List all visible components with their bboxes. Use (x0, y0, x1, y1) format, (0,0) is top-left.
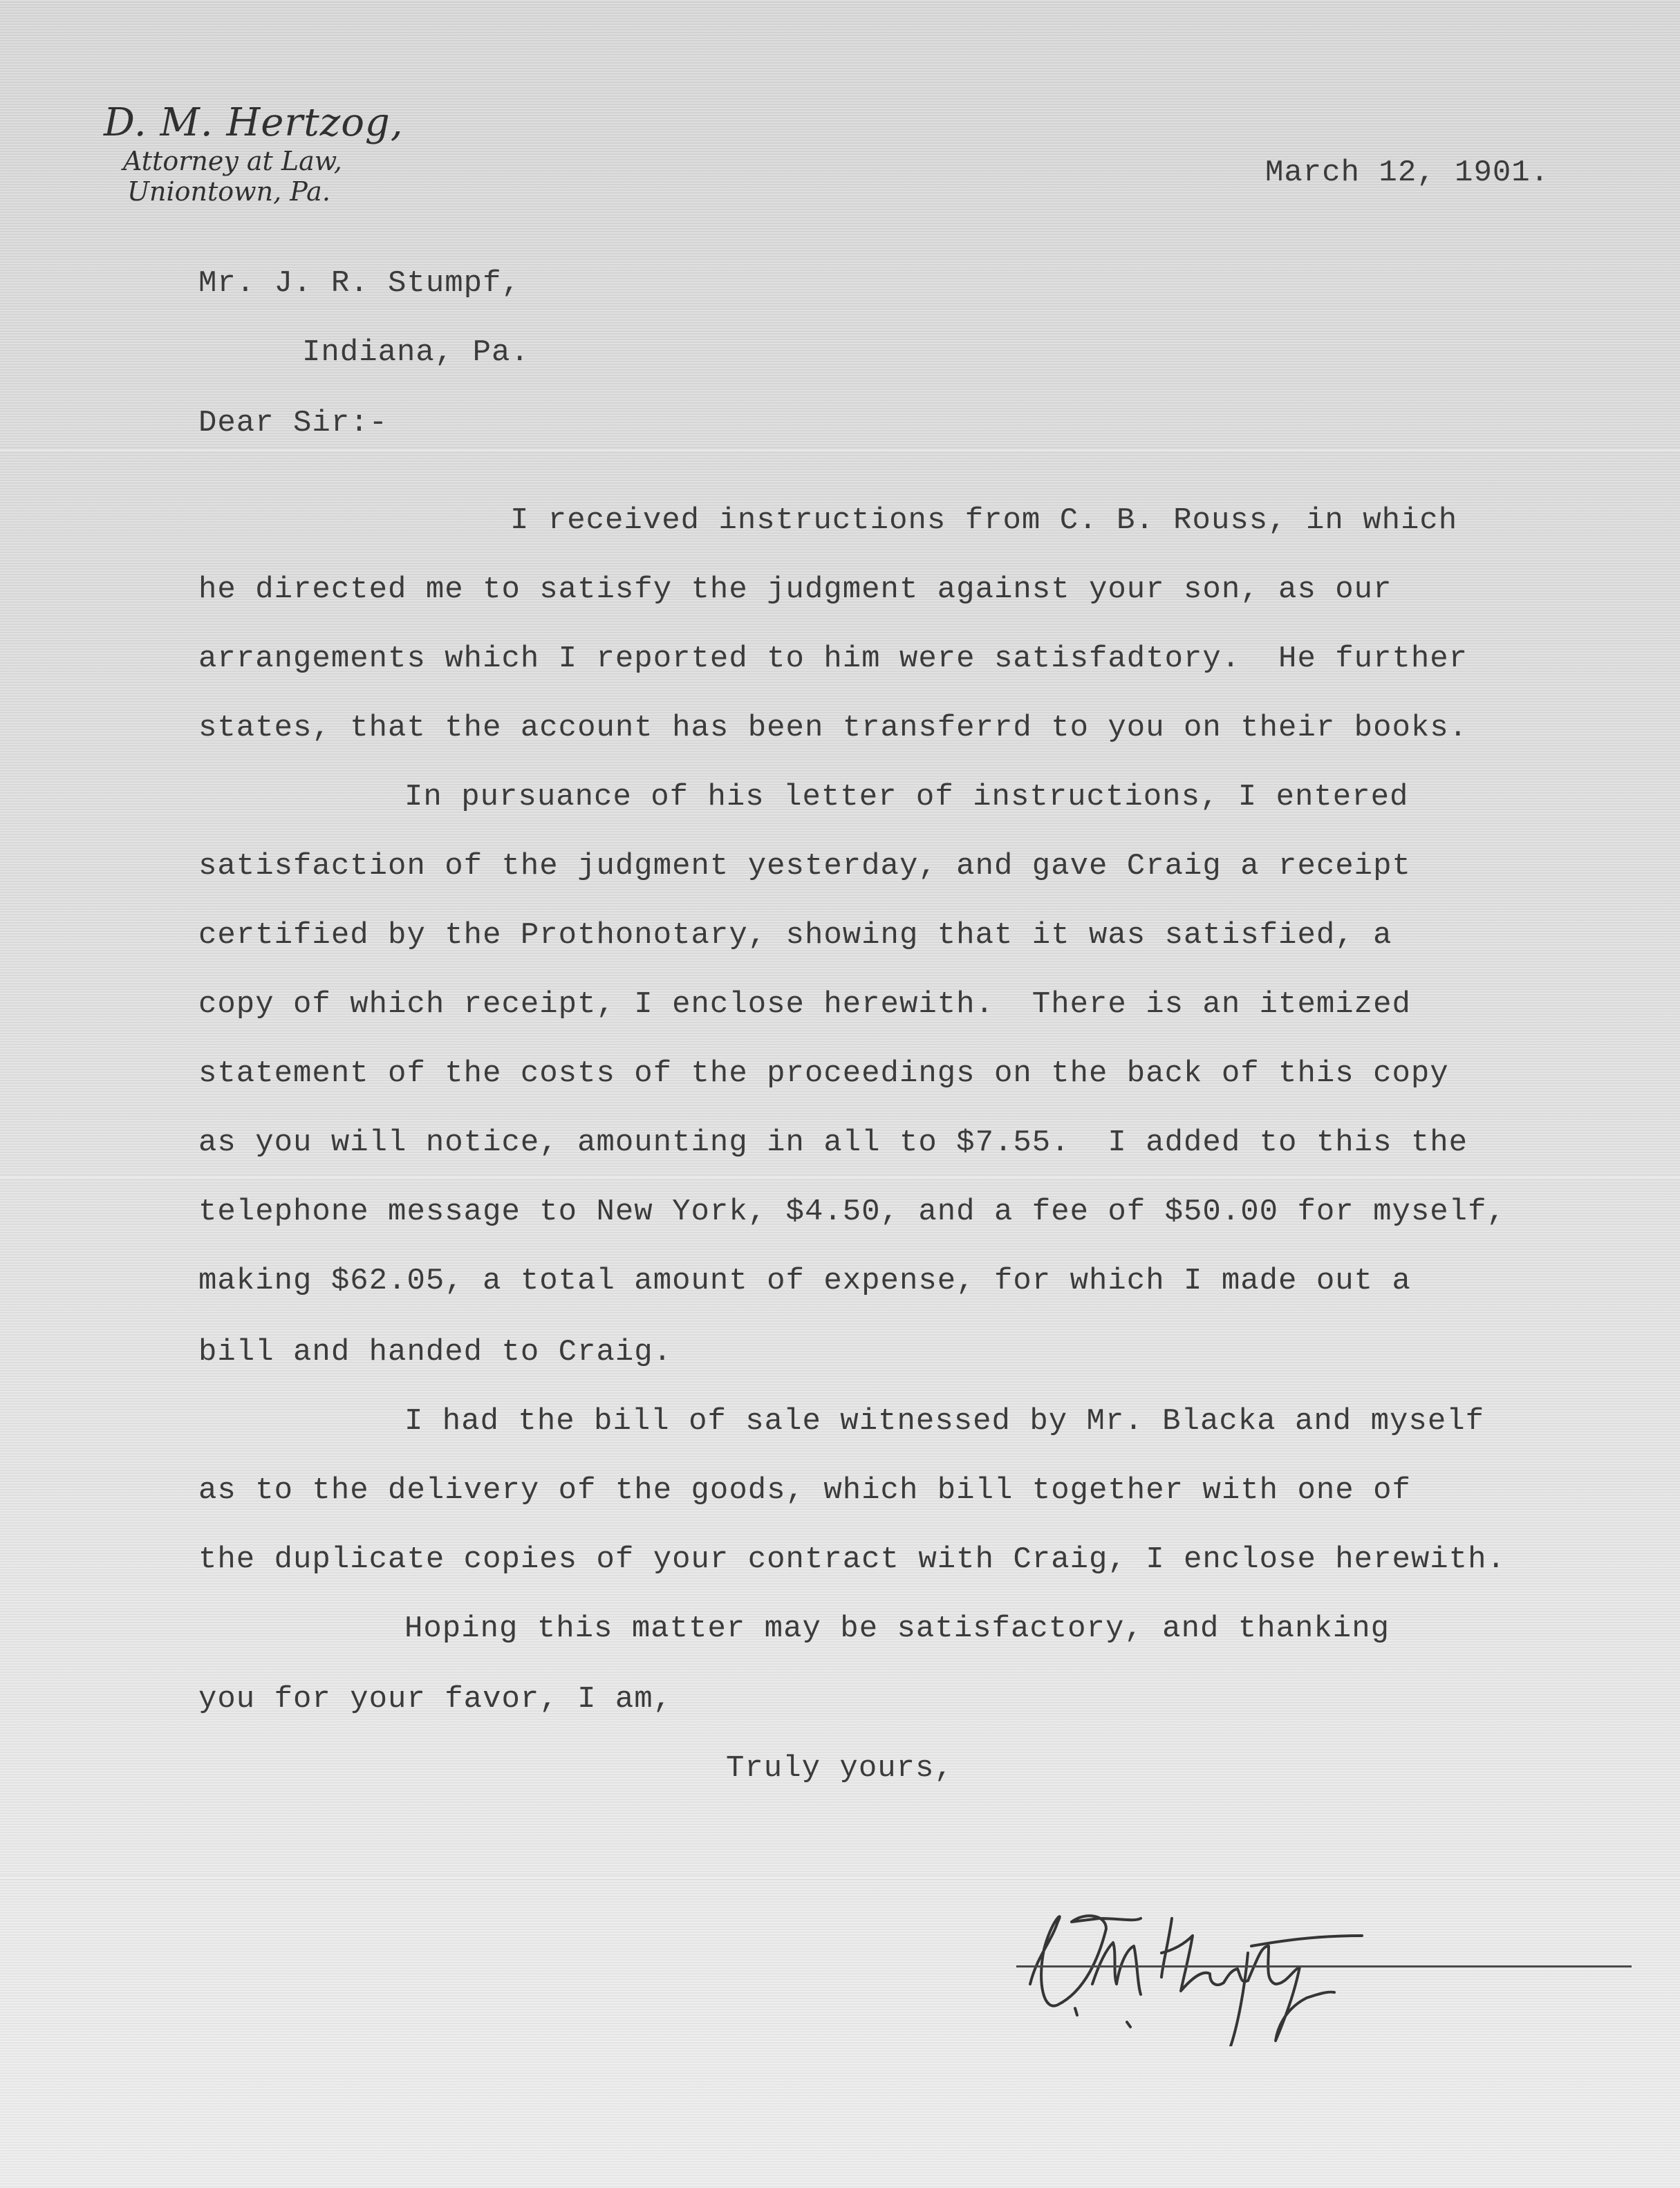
recipient-address: Indiana, Pa. (302, 337, 530, 368)
body-line: he directed me to satisfy the judgment a… (198, 574, 1392, 605)
signature-line (1016, 1965, 1632, 1967)
body-line: as to the delivery of the goods, which b… (198, 1475, 1411, 1506)
body-line: arrangements which I reported to him wer… (198, 644, 1468, 674)
body-line: certified by the Prothonotary, showing t… (198, 920, 1392, 951)
recipient-name: Mr. J. R. Stumpf, (198, 268, 521, 299)
body-line: I had the bill of sale witnessed by Mr. … (404, 1406, 1484, 1437)
body-line: Hoping this matter may be satisfactory, … (404, 1614, 1390, 1644)
fold-line (0, 448, 1680, 452)
closing: Truly yours, (726, 1753, 953, 1784)
body-line: making $62.05, a total amount of expense… (198, 1266, 1411, 1296)
body-line: copy of which receipt, I enclose herewit… (198, 989, 1411, 1020)
body-line: satisfaction of the judgment yesterday, … (198, 851, 1411, 881)
signature-icon: D. M. Hertzog (1002, 1880, 1473, 2046)
fold-line (0, 1175, 1680, 1179)
letterhead: D. M. Hertzog, Attorney at Law, Uniontow… (104, 104, 404, 205)
body-line: telephone message to New York, $4.50, an… (198, 1197, 1506, 1227)
letterhead-title: Attorney at Law, (123, 148, 404, 174)
body-line: you for your favor, I am, (198, 1684, 672, 1714)
fold-line (0, 1876, 1680, 1880)
salutation: Dear Sir:- (198, 408, 388, 438)
paper-texture (0, 0, 1680, 2188)
letterhead-city: Uniontown, Pa. (127, 178, 404, 205)
body-line: statement of the costs of the proceeding… (198, 1058, 1449, 1089)
letterhead-name: D. M. Hertzog, (104, 104, 404, 142)
body-line: I received instructions from C. B. Rouss… (510, 505, 1457, 536)
body-line: In pursuance of his letter of instructio… (404, 782, 1408, 812)
body-line: the duplicate copies of your contract wi… (198, 1544, 1506, 1575)
letter-date: March 12, 1901. (1265, 158, 1549, 188)
body-line: states, that the account has been transf… (198, 713, 1468, 743)
body-line: bill and handed to Craig. (198, 1337, 672, 1367)
body-line: as you will notice, amounting in all to … (198, 1128, 1468, 1158)
